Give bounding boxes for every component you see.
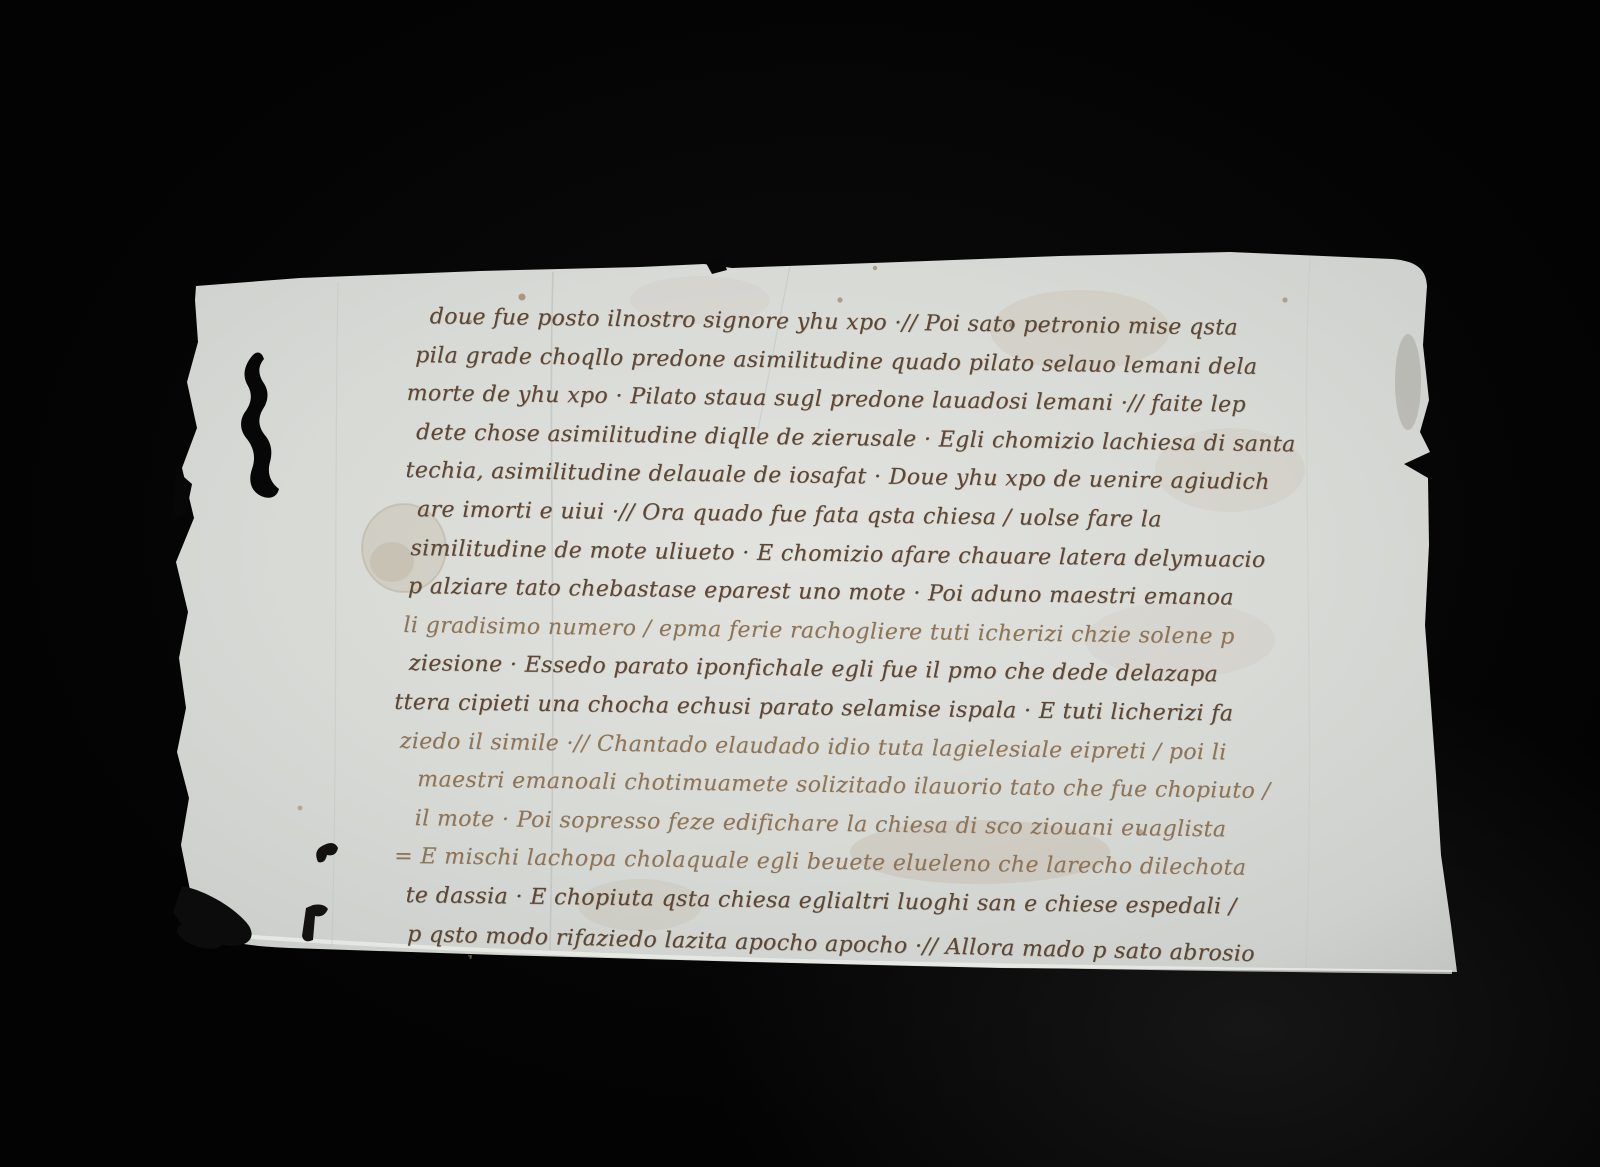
manuscript-photo-scene: doue fue posto ilnostro signore yhu xpo …: [0, 0, 1600, 1167]
manuscript-text-block: doue fue posto ilnostro signore yhu xpo …: [399, 298, 1308, 978]
